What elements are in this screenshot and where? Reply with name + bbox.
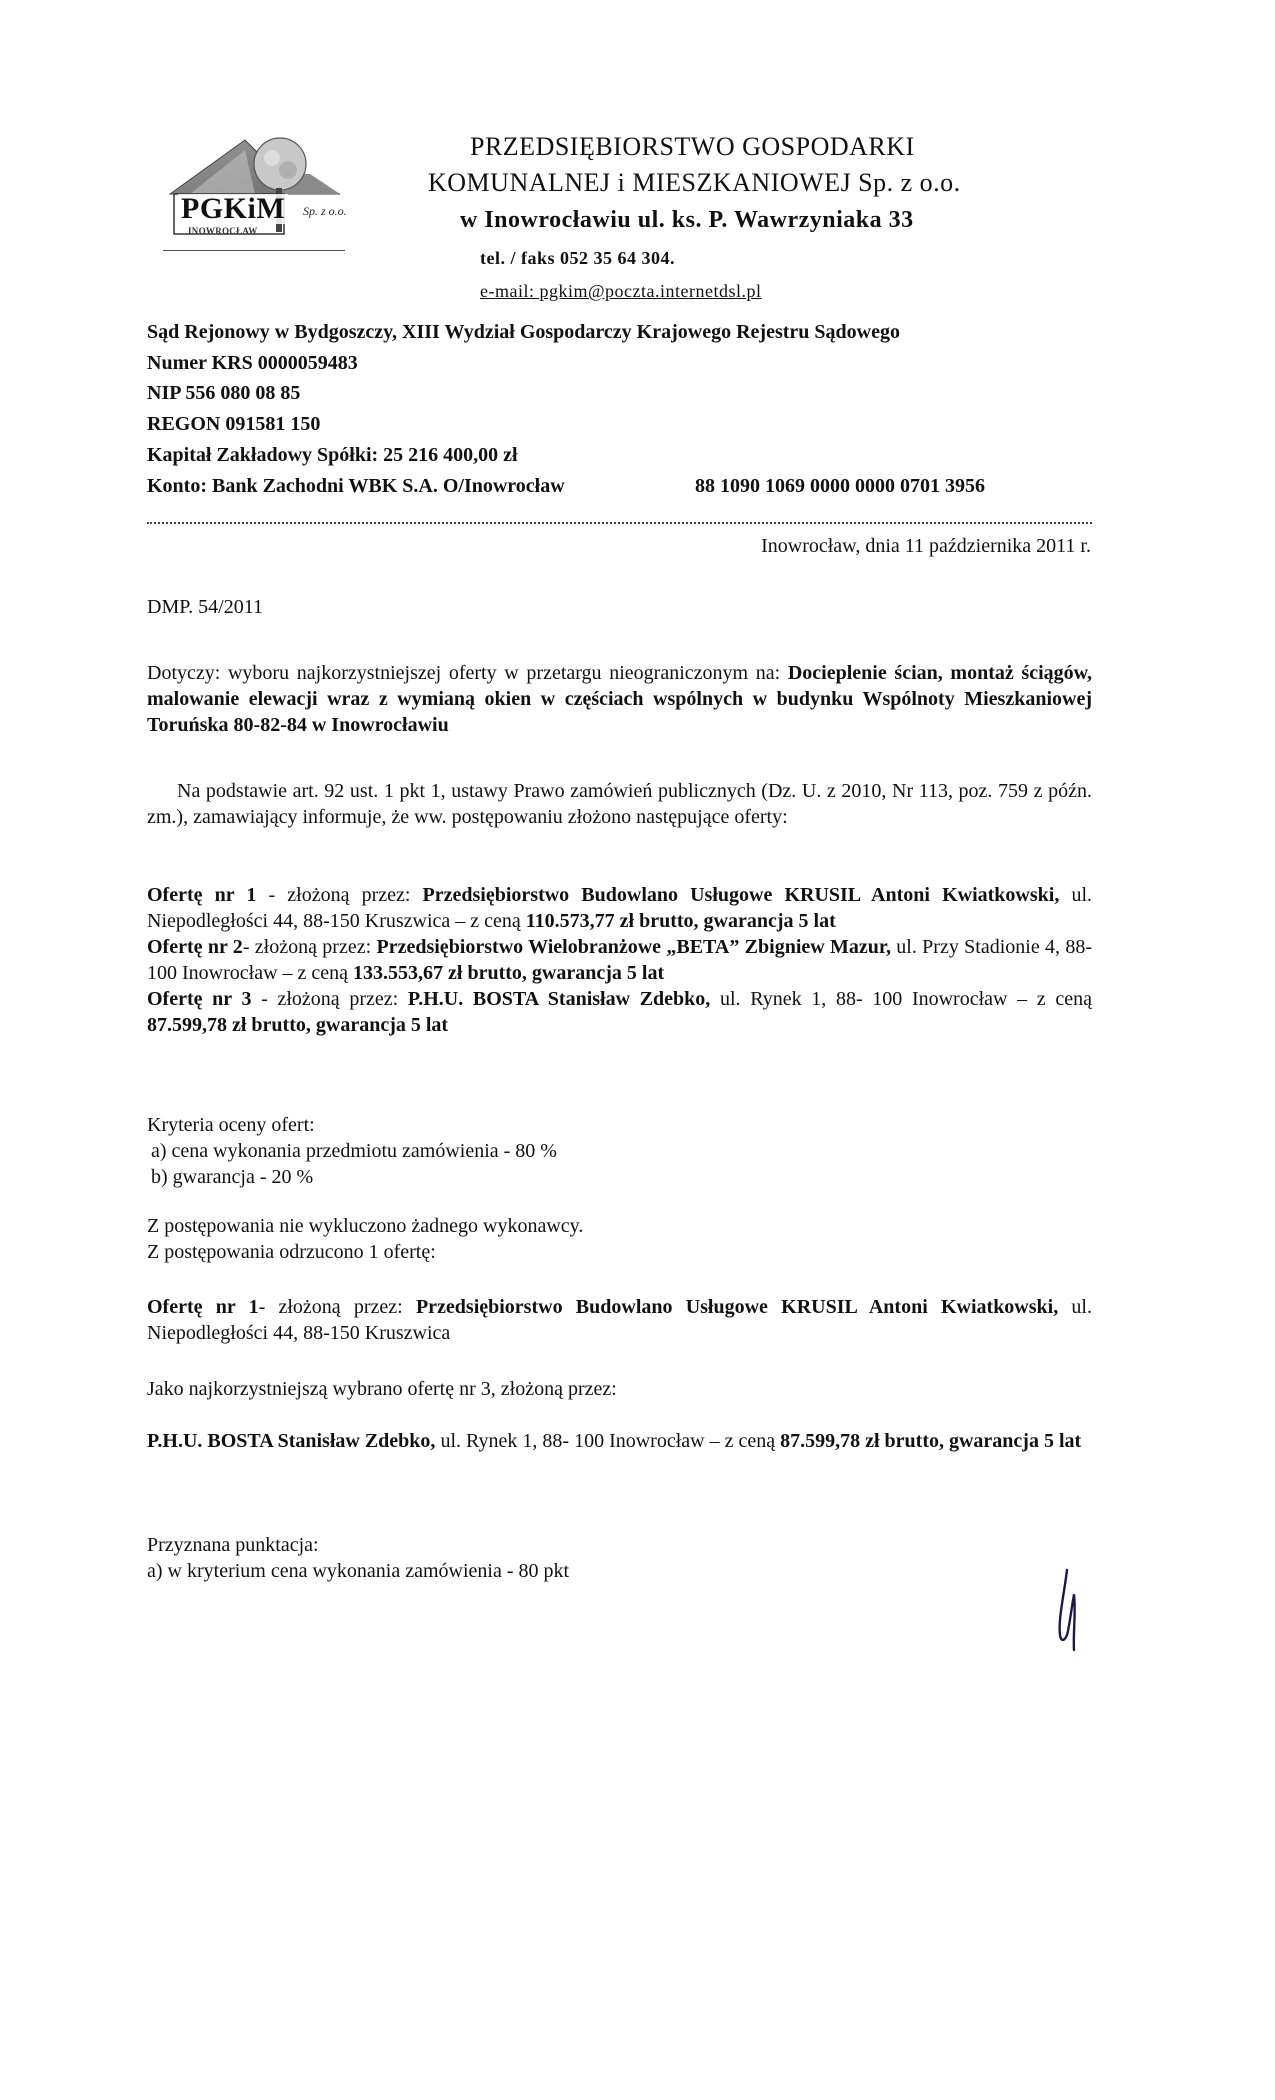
rejected-offer-sep: - złożoną przez: [259,1296,416,1318]
legal-basis-paragraph: Na podstawie art. 92 ust. 1 pkt 1, ustaw… [147,778,1092,830]
logo-underline [163,250,345,251]
selected-offer: P.H.U. BOSTA Stanisław Zdebko, ul. Rynek… [147,1428,1097,1454]
criteria-item-warranty: b) gwarancja - 20 % [147,1164,1092,1190]
header-line-2: KOMUNALNEJ i MIESZKANIOWEJ Sp. z o.o. [428,168,961,198]
offer-company: P.H.U. BOSTA Stanisław Zdebko, [408,988,710,1010]
header-email[interactable]: e-mail: pgkim@poczta.internetdsl.pl [480,276,762,306]
selected-offer-company: P.H.U. BOSTA Stanisław Zdebko, [147,1430,435,1452]
place-date: Inowrocław, dnia 11 października 2011 r. [761,535,1091,558]
offer-price: 87.599,78 zł brutto, gwarancja 5 lat [147,1014,448,1036]
registry-account-label: Konto: Bank Zachodni WBK S.A. O/Inowrocł… [147,474,565,498]
registry-nip: NIP 556 080 08 85 [147,381,300,405]
rejected-offer: Ofertę nr 1- złożoną przez: Przedsiębior… [147,1294,1092,1346]
offer-item-1: Ofertę nr 1 - złożoną przez: Przedsiębio… [147,882,1092,934]
registry-regon: REGON 091581 150 [147,412,320,436]
scoring-section: Przyznana punktacja: a) w kryterium cena… [147,1532,1092,1584]
scoring-item-price: a) w kryterium cena wykonania zamówienia… [147,1558,1092,1584]
offer-label: Ofertę nr 1 [147,884,256,906]
offers-list: Ofertę nr 1 - złożoną przez: Przedsiębio… [147,882,1092,1038]
header-line-1: PRZEDSIĘBIORSTWO GOSPODARKI [470,132,915,162]
offer-label: Ofertę nr 2 [147,936,243,958]
signature-initials-icon [1050,1565,1110,1675]
subject-paragraph: Dotyczy: wyboru najkorzystniejszej ofert… [147,660,1092,738]
excluded-text: Z postępowania nie wykluczono żadnego wy… [147,1213,1092,1239]
criteria-item-price: a) cena wykonania przedmiotu zamówienia … [147,1138,1092,1164]
offer-label: Ofertę nr 3 [147,988,251,1010]
registry-account-number: 88 1090 1069 0000 0000 0701 3956 [695,474,985,498]
criteria-title: Kryteria oceny ofert: [147,1112,1092,1138]
offer-company: Przedsiębiorstwo Wielobranżowe „BETA” Zb… [377,936,891,958]
header-phone: tel. / faks 052 35 64 304. [480,243,675,273]
selected-intro: Jako najkorzystniejszą wybrano ofertę nr… [147,1376,1092,1402]
registry-capital: Kapitał Zakładowy Spółki: 25 216 400,00 … [147,443,518,467]
offer-sep: - złożoną przez: [251,988,407,1010]
offer-item-3: Ofertę nr 3 - złożoną przez: P.H.U. BOST… [147,986,1092,1038]
selected-offer-address: ul. Rynek 1, 88- 100 Inowrocław – z ceną [435,1430,780,1452]
offer-sep: - złożoną przez: [243,936,377,958]
scoring-title: Przyznana punktacja: [147,1532,1092,1558]
rejected-offer-company: Przedsiębiorstwo Budowlano Usługowe KRUS… [416,1296,1058,1318]
criteria-section: Kryteria oceny ofert: a) cena wykonania … [147,1112,1092,1190]
subject-intro: Dotyczy: wyboru najkorzystniejszej ofert… [147,662,788,684]
reference-number: DMP. 54/2011 [147,596,263,619]
rejected-text: Z postępowania odrzucono 1 ofertę: [147,1239,1092,1265]
registry-court: Sąd Rejonowy w Bydgoszczy, XIII Wydział … [147,320,900,344]
offer-company: Przedsiębiorstwo Budowlano Usługowe KRUS… [423,884,1060,906]
offer-sep: - złożoną przez: [256,884,422,906]
company-logo: PGKiM Sp. z o.o. INOWROCŁAW [160,132,360,242]
offer-item-2: Ofertę nr 2- złożoną przez: Przedsiębior… [147,934,1092,986]
legal-basis-text: Na podstawie art. 92 ust. 1 pkt 1, ustaw… [147,778,1092,830]
header-address: w Inowrocławiu ul. ks. P. Wawrzyniaka 33 [460,205,914,235]
logo-brand: PGKiM [178,194,288,224]
offer-price: 133.553,67 zł brutto, gwarancja 5 lat [353,962,664,984]
rejected-offer-label: Ofertę nr 1 [147,1296,259,1318]
exclusion-section: Z postępowania nie wykluczono żadnego wy… [147,1213,1092,1265]
offer-price: 110.573,77 zł brutto, gwarancja 5 lat [526,910,836,932]
selected-offer-price: 87.599,78 zł brutto, gwarancja 5 lat [780,1430,1081,1452]
offer-address: ul. Rynek 1, 88- 100 Inowrocław – z ceną [710,988,1092,1010]
logo-legal-form: Sp. z o.o. [303,204,347,219]
registry-krs: Numer KRS 0000059483 [147,351,358,375]
logo-city: INOWROCŁAW [188,226,258,236]
dotted-separator [147,520,1092,524]
